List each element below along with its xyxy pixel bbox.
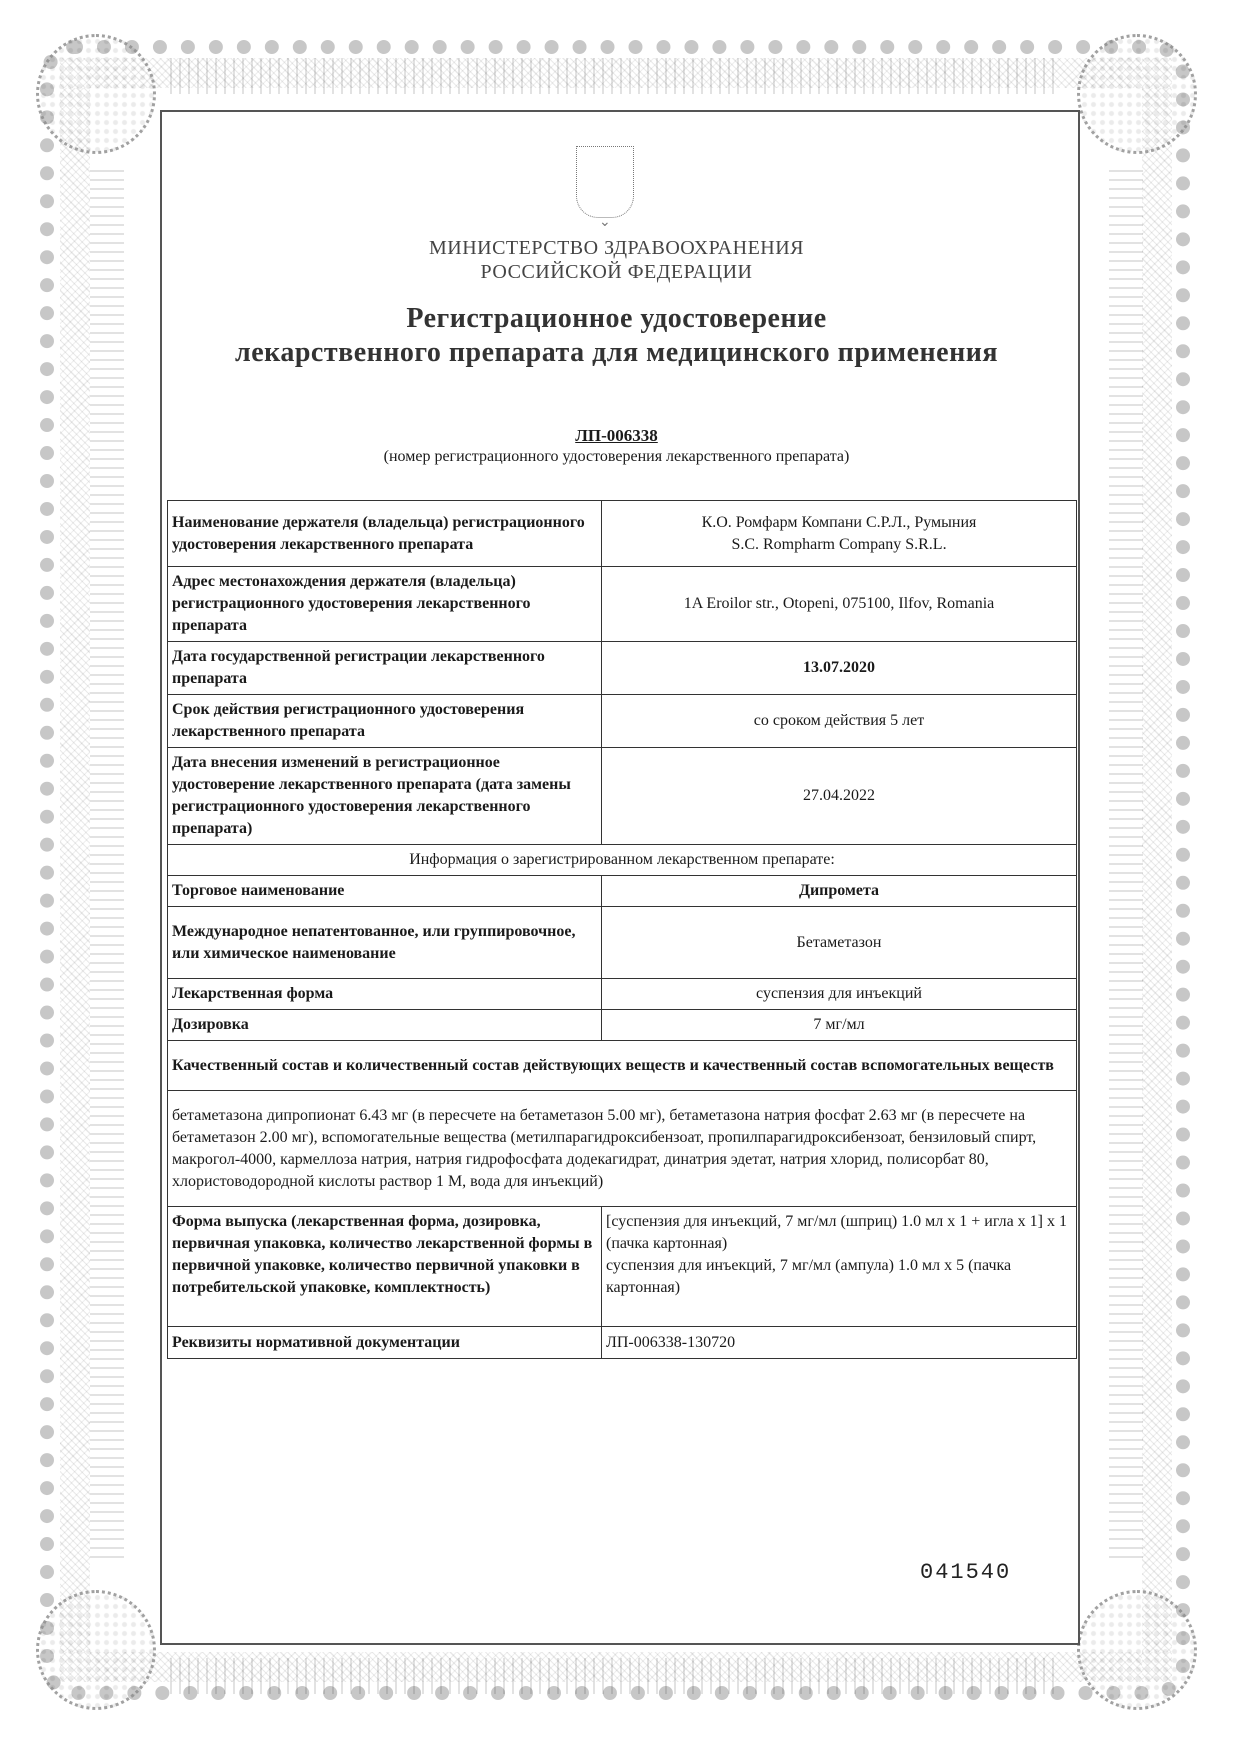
ornament-left-strip: [90, 170, 124, 1560]
change-date-value: 27.04.2022: [602, 748, 1077, 845]
inn-value: Бетаметазон: [602, 907, 1077, 979]
inn-label: Международное непатентованное, или групп…: [168, 907, 602, 979]
table-row-composition-value: бетаметазона дипропионат 6.43 мг (в пере…: [168, 1091, 1077, 1207]
corner-rosette-icon: [1077, 34, 1197, 154]
ornament-top-strip: [170, 58, 1060, 94]
holder-name-ru: К.О. Ромфарм Компани С.Р.Л., Румыния: [606, 512, 1072, 534]
table-row-normative-docs: Реквизиты нормативной документации ЛП-00…: [168, 1327, 1077, 1359]
table-row-trade-name: Торговое наименование Дипромета: [168, 876, 1077, 907]
corner-rosette-icon: [36, 1590, 156, 1710]
table-row-inn: Международное непатентованное, или групп…: [168, 907, 1077, 979]
table-row-composition-label: Качественный состав и количественный сос…: [168, 1041, 1077, 1091]
corner-rosette-icon: [1077, 1590, 1197, 1710]
table-row-dosage: Дозировка 7 мг/мл: [168, 1010, 1077, 1041]
table-row-release-form: Форма выпуска (лекарственная форма, дози…: [168, 1207, 1077, 1327]
title-line-1: Регистрационное удостоверение: [0, 302, 1233, 336]
composition-label: Качественный состав и количественный сос…: [168, 1041, 1077, 1091]
validity-value: со сроком действия 5 лет: [602, 695, 1077, 748]
form-serial-number: 041540: [920, 1560, 1011, 1585]
validity-label: Срок действия регистрационного удостовер…: [168, 695, 602, 748]
holder-address-value: 1A Eroilor str., Otopeni, 075100, Ilfov,…: [602, 567, 1077, 642]
registration-date-value: 13.07.2020: [602, 642, 1077, 695]
table-row-holder-address: Адрес местонахождения держателя (владель…: [168, 567, 1077, 642]
registration-number: ЛП-006338: [0, 426, 1233, 446]
table-row-dosage-form: Лекарственная форма суспензия для инъекц…: [168, 979, 1077, 1010]
ornament-right-strip: [1109, 170, 1143, 1560]
release-form-label: Форма выпуска (лекарственная форма, дози…: [168, 1207, 602, 1327]
title-line-2: лекарственного препарата для медицинског…: [0, 336, 1233, 370]
ministry-name: МИНИСТЕРСТВО ЗДРАВООХРАНЕНИЯ РОССИЙСКОЙ …: [0, 236, 1233, 284]
certificate-table: Наименование держателя (владельца) регис…: [167, 500, 1077, 1359]
release-form-ampoule: суспензия для инъекций, 7 мг/мл (ампула)…: [606, 1255, 1072, 1299]
ministry-line-2: РОССИЙСКОЙ ФЕДЕРАЦИИ: [0, 260, 1233, 284]
ministry-line-1: МИНИСТЕРСТВО ЗДРАВООХРАНЕНИЯ: [0, 236, 1233, 260]
release-form-syringe: [суспензия для инъекций, 7 мг/мл (шприц)…: [606, 1211, 1072, 1255]
trade-name-label: Торговое наименование: [168, 876, 602, 907]
registration-number-caption: (номер регистрационного удостоверения ле…: [0, 448, 1233, 466]
registration-date-label: Дата государственной регистрации лекарст…: [168, 642, 602, 695]
coat-of-arms-icon: [576, 146, 634, 218]
ornament-bottom-strip: [170, 1658, 1060, 1694]
table-row-info-header: Информация о зарегистрированном лекарств…: [168, 845, 1077, 876]
holder-name-en: S.C. Rompharm Company S.R.L.: [606, 534, 1072, 556]
holder-name-label: Наименование держателя (владельца) регис…: [168, 501, 602, 567]
release-form-value: [суспензия для инъекций, 7 мг/мл (шприц)…: [602, 1207, 1077, 1327]
dosage-label: Дозировка: [168, 1010, 602, 1041]
normative-docs-label: Реквизиты нормативной документации: [168, 1327, 602, 1359]
table-row-registration-date: Дата государственной регистрации лекарст…: [168, 642, 1077, 695]
info-header: Информация о зарегистрированном лекарств…: [168, 845, 1077, 876]
table-row-validity: Срок действия регистрационного удостовер…: [168, 695, 1077, 748]
dosage-form-label: Лекарственная форма: [168, 979, 602, 1010]
table-row-holder-name: Наименование держателя (владельца) регис…: [168, 501, 1077, 567]
holder-address-label: Адрес местонахождения держателя (владель…: [168, 567, 602, 642]
trade-name-value: Дипромета: [602, 876, 1077, 907]
dosage-form-value: суспензия для инъекций: [602, 979, 1077, 1010]
normative-docs-value: ЛП-006338-130720: [602, 1327, 1077, 1359]
composition-value: бетаметазона дипропионат 6.43 мг (в пере…: [168, 1091, 1077, 1207]
dosage-value: 7 мг/мл: [602, 1010, 1077, 1041]
change-date-label: Дата внесения изменений в регистрационно…: [168, 748, 602, 845]
holder-name-value: К.О. Ромфарм Компани С.Р.Л., Румыния S.C…: [602, 501, 1077, 567]
table-row-change-date: Дата внесения изменений в регистрационно…: [168, 748, 1077, 845]
document-title: Регистрационное удостоверение лекарствен…: [0, 302, 1233, 370]
corner-rosette-icon: [36, 34, 156, 154]
